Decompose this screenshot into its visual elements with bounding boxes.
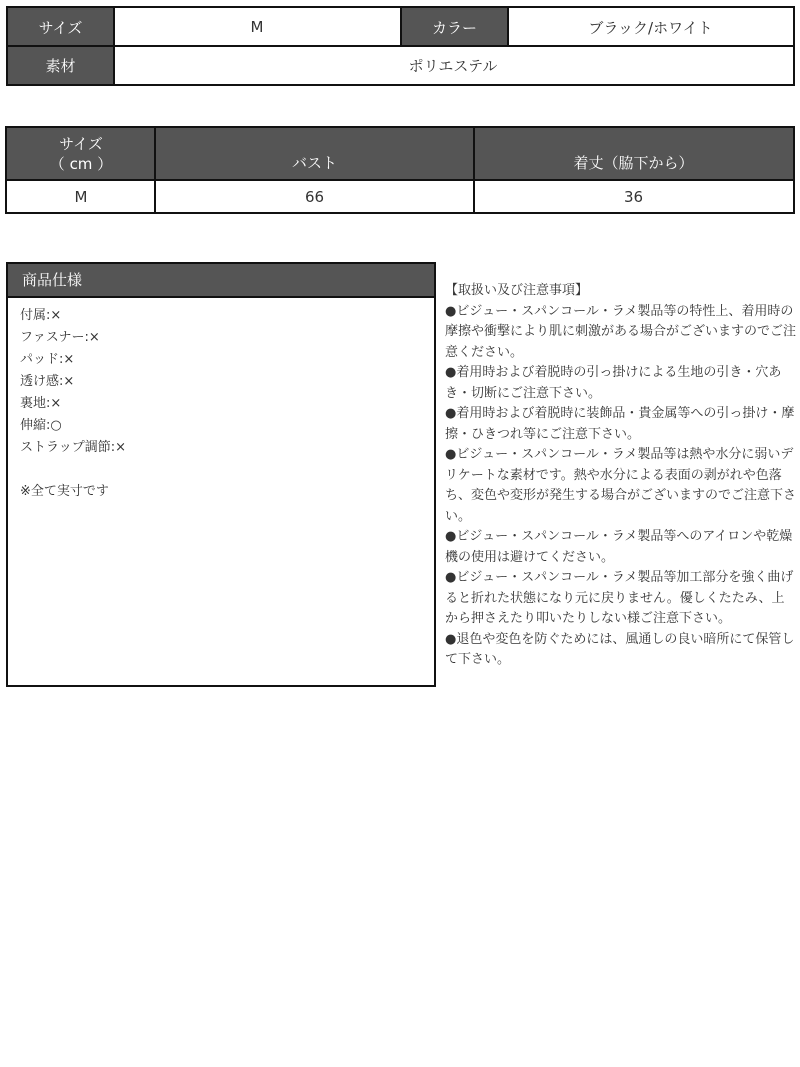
- row-bust: 66: [155, 181, 474, 212]
- spec-item-zipper: ファスナー:×: [20, 327, 126, 349]
- color-label: カラー: [401, 8, 508, 46]
- divider: [473, 128, 475, 212]
- spec-box: 商品仕様 付属:× ファスナー:× パッド:× 透け感:× 裏地:× 伸縮:○ …: [6, 262, 436, 687]
- size-value: M: [113, 8, 401, 46]
- header-length: 着丈（脇下から）: [474, 128, 793, 179]
- header-size-line1: サイズ: [59, 134, 103, 154]
- spec-spacer: [20, 459, 126, 481]
- spec-note: ※全て実寸です: [20, 481, 126, 503]
- note-item: ●ビジュー・スパンコール・ラメ製品等加工部分を強く曲げると折れた状態になり元に戻…: [445, 568, 797, 630]
- spec-list: 付属:× ファスナー:× パッド:× 透け感:× 裏地:× 伸縮:○ ストラップ…: [20, 305, 126, 503]
- note-item: ●ビジュー・スパンコール・ラメ製品等へのアイロンや乾燥機の使用は避けてください。: [445, 527, 797, 568]
- divider: [507, 8, 509, 46]
- divider: [7, 179, 793, 181]
- note-item: ●着用時および着脱時の引っ掛けによる生地の引き・穴あき・切断にご注意下さい。: [445, 363, 797, 404]
- header-size: サイズ （ cm ）: [7, 128, 155, 179]
- spec-item-stretch: 伸縮:○: [20, 415, 126, 437]
- material-value: ポリエステル: [113, 47, 793, 84]
- size-label: サイズ: [8, 8, 113, 46]
- spec-item-pad: パッド:×: [20, 349, 126, 371]
- notes-title: 【取扱い及び注意事項】: [445, 281, 797, 302]
- row-size: M: [7, 181, 155, 212]
- spec-item-sheer: 透け感:×: [20, 371, 126, 393]
- spec-item-strap: ストラップ調節:×: [20, 437, 126, 459]
- color-value: ブラック/ホワイト: [508, 8, 793, 46]
- care-notes: 【取扱い及び注意事項】 ●ビジュー・スパンコール・ラメ製品等の特性上、着用時の摩…: [445, 281, 797, 671]
- product-info-table: サイズ M カラー ブラック/ホワイト 素材 ポリエステル: [6, 6, 795, 86]
- row-length: 36: [474, 181, 793, 212]
- note-item: ●着用時および着脱時に装飾品・貴金属等への引っ掛け・摩擦・ひきつれ等にご注意下さ…: [445, 404, 797, 445]
- header-size-line2: （ cm ）: [50, 154, 112, 174]
- note-item: ●退色や変色を防ぐためには、風通しの良い暗所にて保管して下さい。: [445, 630, 797, 671]
- spec-item-accessory: 付属:×: [20, 305, 126, 327]
- divider: [400, 8, 402, 46]
- spec-item-lining: 裏地:×: [20, 393, 126, 415]
- size-table: サイズ （ cm ） バスト 着丈（脇下から） M 66 36: [5, 126, 795, 214]
- divider: [154, 128, 156, 212]
- header-bust: バスト: [155, 128, 474, 179]
- note-item: ●ビジュー・スパンコール・ラメ製品等の特性上、着用時の摩擦や衝撃により肌に刺激が…: [445, 302, 797, 364]
- divider: [8, 45, 793, 47]
- material-label: 素材: [8, 47, 113, 84]
- spec-title: 商品仕様: [8, 264, 434, 298]
- note-item: ●ビジュー・スパンコール・ラメ製品等は熱や水分に弱いデリケートな素材です。熱や水…: [445, 445, 797, 527]
